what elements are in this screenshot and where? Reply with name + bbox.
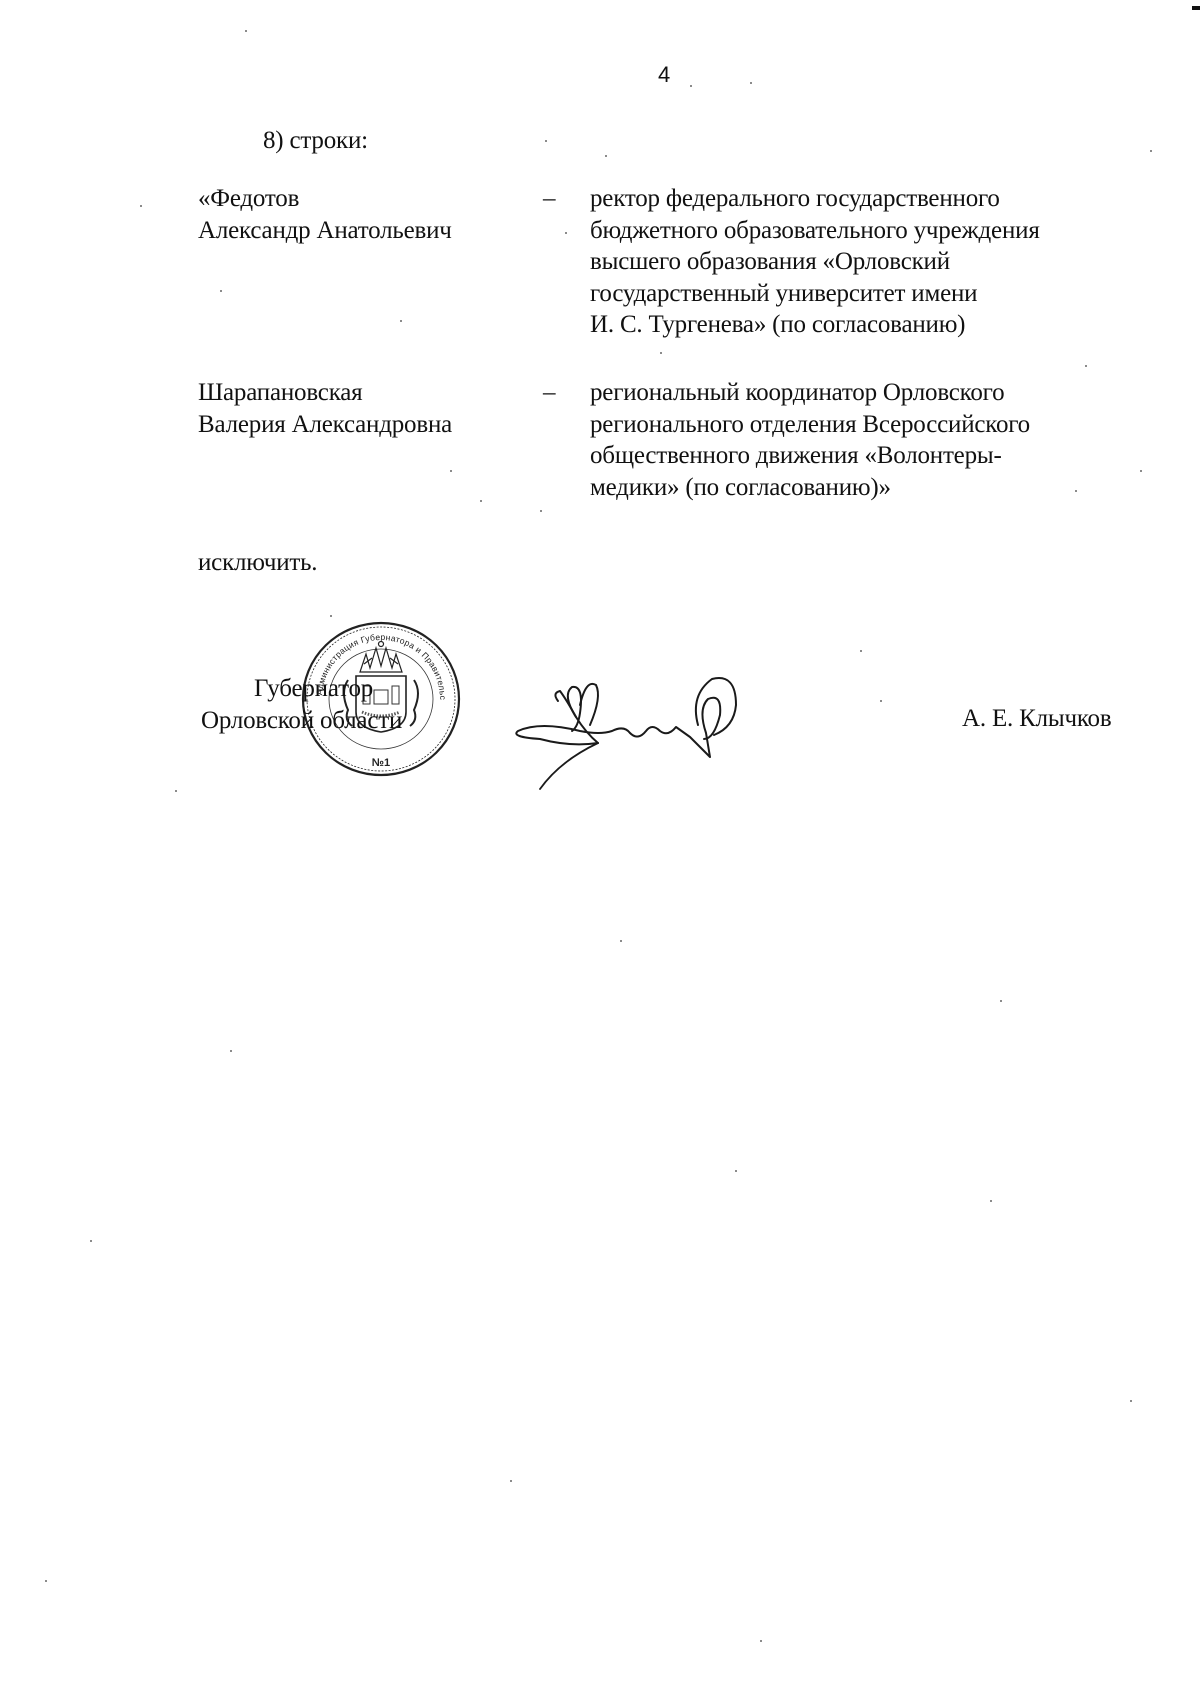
person-name: «Федотов Александр Анатольевич [198, 183, 452, 246]
svg-text:№1: №1 [372, 757, 390, 769]
handwritten-signature-icon [500, 655, 740, 790]
description-line: медики» (по согласованию)» [590, 472, 1030, 504]
dash-separator: – [543, 377, 555, 409]
description-line: И. С. Тургенева» (по согласованию) [590, 309, 1040, 341]
dash-separator: – [543, 183, 555, 215]
signatory-title-line-1: Губернатор [254, 673, 373, 705]
page-number: 4 [658, 62, 670, 88]
description-line: регионального отделения Всероссийского [590, 409, 1030, 441]
description-line: государственный университет имени [590, 278, 1040, 310]
name-line: Александр Анатольевич [198, 215, 452, 247]
closing-word: исключить. [198, 547, 317, 579]
description-line: ректор федерального государственного [590, 183, 1040, 215]
item-heading: 8) строки: [263, 125, 368, 157]
description-line: региональный координатор Орловского [590, 377, 1030, 409]
signatory-name: А. Е. Клычков [962, 703, 1111, 735]
scan-edge-mark [1192, 6, 1200, 10]
description-line: высшего образования «Орловский [590, 246, 1040, 278]
person-name: Шарапановская Валерия Александровна [198, 377, 452, 440]
description-line: общественного движения «Волонтеры- [590, 440, 1030, 472]
name-line: «Федотов [198, 183, 452, 215]
person-description: региональный координатор Орловского реги… [590, 377, 1030, 503]
description-line: бюджетного образовательного учреждения [590, 215, 1040, 247]
name-line: Валерия Александровна [198, 409, 452, 441]
signatory-title-line-2: Орловской области [201, 705, 402, 737]
person-description: ректор федерального государственного бюд… [590, 183, 1040, 341]
name-line: Шарапановская [198, 377, 452, 409]
